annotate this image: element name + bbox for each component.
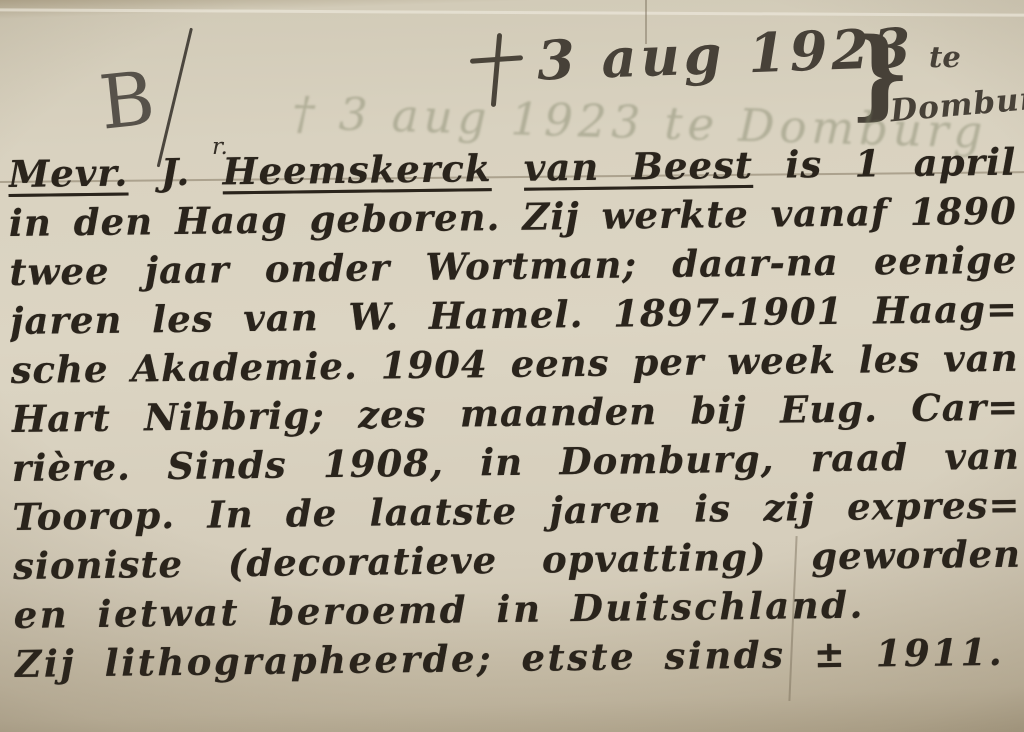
surname-part-1: Heemskerck	[222, 146, 491, 193]
name-prefix: Mevr.	[8, 151, 129, 196]
surname-part-2: van Beest	[524, 143, 754, 190]
initial: J.	[128, 149, 223, 194]
biography-text: Mevr. J. Heemskerck van Beest is 1 april…	[8, 138, 1023, 689]
space	[491, 146, 524, 190]
handwritten-card-photo: B r. † 3 aug 1923 te Domburg 3 aug 1923 …	[0, 0, 1024, 732]
paper-top-fold	[0, 8, 1024, 16]
pen-slash-stroke	[157, 28, 193, 168]
pencil-letter-b: B	[96, 61, 158, 140]
death-place-prefix: te	[929, 40, 961, 74]
